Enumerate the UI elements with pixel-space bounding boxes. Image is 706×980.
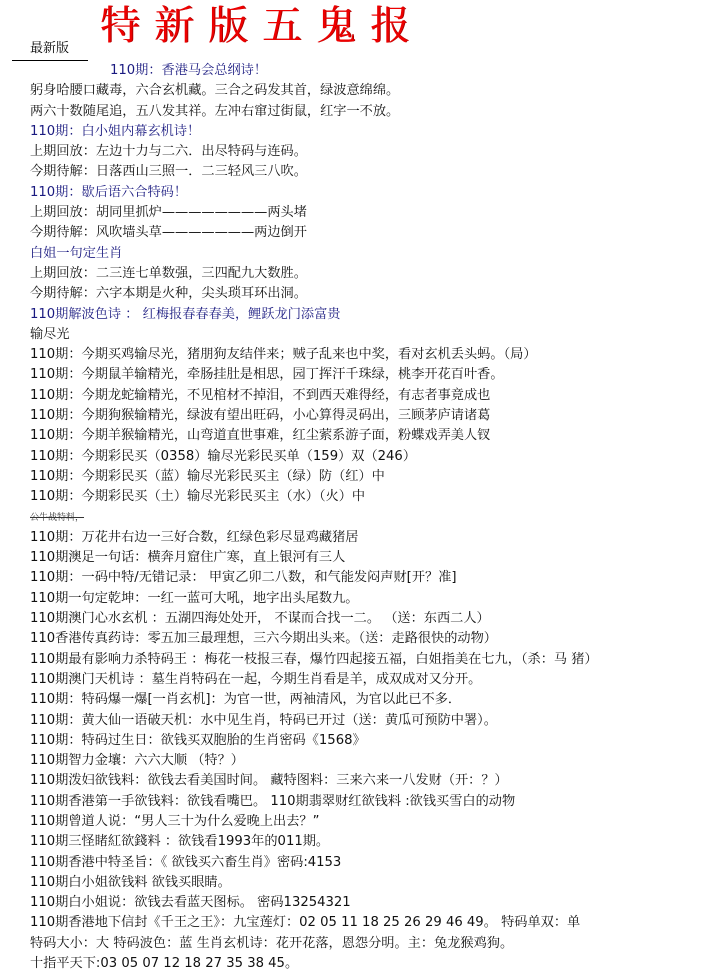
text-line: 110期：特码过生日：欲钱买双胞胎的生肖密码《1568》 [30,731,706,751]
text-line: 110期澳足一句话：横奔月窟住广寒，直上银河有三人 [30,548,706,568]
text-line: 110期香港地下信封《千王之王》：九宝莲灯：02 05 11 18 25 26 … [30,913,706,933]
text-line: 特码大小：大 特码波色：蓝 生肖玄机诗：花开花落，恩怨分明。主：兔龙猴鸡狗。 [30,934,706,954]
text-line: 今期待解：风吹墙头草———————两边倒开 [30,223,706,243]
page-title: 特新版五鬼报 [100,2,424,50]
text-line: 上期回放：二三连七单数强，三四配九大数胜。 [30,264,706,284]
text-line: 今期待解：日落西山三照一．二三轻风三八吹。 [30,162,706,182]
text-line: 110期：今期彩民买（土）输尽光彩民买主（水）（火）中 [30,487,706,507]
text-line: 公牛战特料， [30,508,706,528]
text-line: 110期智力金壤：六六大顺 （特？） [30,751,706,771]
text-line: 110期解波色诗 ： 红梅报春春春美，鲤跃龙门添富贵 [30,305,706,325]
text-line: 110期白小姐说：欲钱去看蓝天图标。 密码13254321 [30,893,706,913]
text-line: 110期：白小姐内幕玄机诗！ [30,122,706,142]
text-line: 两六十数随尾追，五八发其祥。左冲右窜过街鼠，红字一不放。 [30,102,706,122]
text-line: 110期香港第一手欲钱料：欲钱看嘴巴。 110期翡翠财红欲钱料 :欲钱买雪白的动… [30,792,706,812]
text-line: 白姐一句定生肖 [30,244,706,264]
text-line: 上期回放：左边十力与二六．出尽特码与连码。 [30,142,706,162]
edition-label: 最新版 [30,37,69,56]
text-line: 110期：今期羊猴输精光，山弯道直世事难，红尘萦系游子面，粉蝶戏弄美人钗 [30,426,706,446]
text-line: 110期澳门天机诗 ：墓生肖特码在一起，今期生肖看是羊，成双成对又分开。 [30,670,706,690]
text-line: 十指平天下:03 05 07 12 18 27 35 38 45。 [30,954,706,974]
text-line: 110期：歇后语六合特码！ [30,183,706,203]
text-line: 110期：特码爆一爆[一肖玄机]：为官一世，两袖清风，为官以此已不多． [30,690,706,710]
document-body: 110期：香港马会总纲诗！躬身哈腰口藏毒，六合玄机藏。三合之码发其首，绿波意绵绵… [30,61,706,974]
text-line: 110期：一码中特/无错记录： 甲寅乙卯二八数，和气能发闷声财[开？准] [30,568,706,588]
text-line: 110期三怪睹紅欲錢料 ：欲钱看1993年的011期。 [30,832,706,852]
text-line: 躬身哈腰口藏毒，六合玄机藏。三合之码发其首，绿波意绵绵。 [30,81,706,101]
text-line: 110期：今期彩民买（0358）输尽光彩民买单（159）双（246） [30,447,706,467]
text-line: 110期最有影响力杀特码王 ：梅花一枝报三春，爆竹四起接五福，白姐指美在七九，（… [30,650,706,670]
page-header: 最新版 特新版五鬼报 [0,0,706,62]
text-line: 110期白小姐欲钱料 欲钱买眼睛。 [30,873,706,893]
text-line: 110期：今期彩民买（蓝）输尽光彩民买主（绿）防（红）中 [30,467,706,487]
text-line: 110香港传真药诗：零五加三最理想，三六今期出头来。（送：走路很快的动物） [30,629,706,649]
text-line: 110期：今期买鸡输尽光，猪朋狗友结伴来；贼子乱来也中奖，看对玄机丢头蚂。（局） [30,345,706,365]
text-line: 110期曾道人说：“男人三十为什么爱晚上出去？” [30,812,706,832]
text-line: 今期待解：六字本期是火种，尖头琐耳环出洞。 [30,284,706,304]
text-line: 上期回放：胡同里抓炉————————两头堵 [30,203,706,223]
text-line: 110期：万花井右边一三好合数，红绿色彩尽显鸡藏猪居 [30,528,706,548]
text-line: 110期澳门心水玄机 ：五湖四海处处开， 不谋而合找一二。 （送：东西二人） [30,609,706,629]
text-line: 110期：今期鼠羊输精光，牵肠挂肚是相思，园丁挥汗千珠绿，桃李开花百叶香。 [30,365,706,385]
text-line: 110期泼妇欲钱料：欲钱去看美国时间。 藏特图料：三来六来一八发财（开：？） [30,771,706,791]
text-line: 110期：今期龙蛇输精光，不见棺材不掉泪，不到西天难得经，有志者事竟成也 [30,386,706,406]
text-line: 输尽光 [30,325,706,345]
text-line: 110期一句定乾坤：一红一蓝可大吼，地字出头尾数九。 [30,589,706,609]
text-line: 110期：黄大仙一语破天机：水中见生肖，特码已开过（送：黄瓜可预防中署）。 [30,711,706,731]
text-line: 110期香港中特圣旨：《 欲钱买六畜生肖》密码:4153 [30,853,706,873]
text-line: 110期：香港马会总纲诗！ [30,61,706,81]
text-line: 110期：今期狗猴输精光，绿波有望出旺码，小心算得灵码出，三顾茅庐请诸葛 [30,406,706,426]
